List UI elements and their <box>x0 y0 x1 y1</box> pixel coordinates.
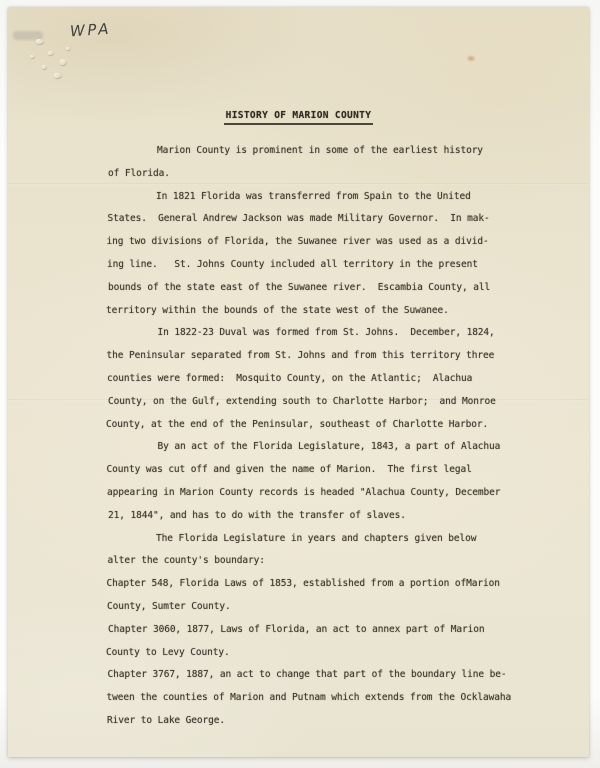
text-line: the Peninsular separated from St. Johns … <box>107 345 549 368</box>
text-line: ing two divisions of Florida, the Suwane… <box>107 231 549 254</box>
document-page: WPA HISTORY OF MARION COUNTY Marion Coun… <box>8 7 589 757</box>
text-line: County to Levy County. <box>106 642 548 665</box>
text-line: alter the county's boundary: <box>108 550 550 573</box>
text-line: of Florida. <box>108 163 550 186</box>
text-line: River to Lake George. <box>107 710 549 733</box>
text-line: States. General Andrew Jackson was made … <box>108 208 550 231</box>
text-line: County, at the end of the Peninsular, so… <box>106 414 548 437</box>
text-line: Chapter 3060, 1877, Laws of Florida, an … <box>108 619 550 642</box>
text-line: Chapter 3767, 1887, an act to change tha… <box>108 664 550 687</box>
text-line: appearing in Marion County records is he… <box>107 482 549 505</box>
text-line: ing line. St. Johns County included all … <box>107 254 549 277</box>
paper-fleck <box>60 59 66 65</box>
text-line: Marion County is prominent in some of th… <box>107 140 549 163</box>
text-line: In 1822-23 Duval was formed from St. Joh… <box>108 322 550 345</box>
paper-fleck <box>36 39 43 44</box>
handwritten-wpa-note: WPA <box>69 20 111 41</box>
text-line: The Florida Legislature in years and cha… <box>106 528 548 551</box>
paper-fleck <box>66 47 70 50</box>
text-line: County was cut off and given the name of… <box>107 459 549 482</box>
paper-fleck <box>48 51 53 55</box>
scan-background: WPA HISTORY OF MARION COUNTY Marion Coun… <box>0 0 600 768</box>
text-line: By an act of the Florida Legislature, 18… <box>108 436 550 459</box>
text-line: tween the counties of Marion and Putnam … <box>107 687 549 710</box>
paper-fleck <box>54 73 61 78</box>
title-row: HISTORY OF MARION COUNTY <box>8 103 589 125</box>
document-title: HISTORY OF MARION COUNTY <box>224 110 374 125</box>
text-line: County, on the Gulf, extending south to … <box>108 391 550 414</box>
text-line: 21, 1844", and has to do with the transf… <box>108 505 550 528</box>
text-line: Chapter 548, Florida Laws of 1853, estab… <box>107 573 549 596</box>
text-line: territory within the bounds of the state… <box>106 300 548 323</box>
text-line: counties were formed: Mosquito County, o… <box>107 368 549 391</box>
document-body: Marion County is prominent in some of th… <box>107 140 549 733</box>
paper-fleck <box>42 65 46 69</box>
text-line: In 1821 Florida was transferred from Spa… <box>106 186 548 209</box>
text-line: County, Sumter County. <box>107 596 549 619</box>
paper-fleck <box>30 55 34 58</box>
text-line: bounds of the state east of the Suwanee … <box>108 277 550 300</box>
rust-stain <box>466 55 476 62</box>
